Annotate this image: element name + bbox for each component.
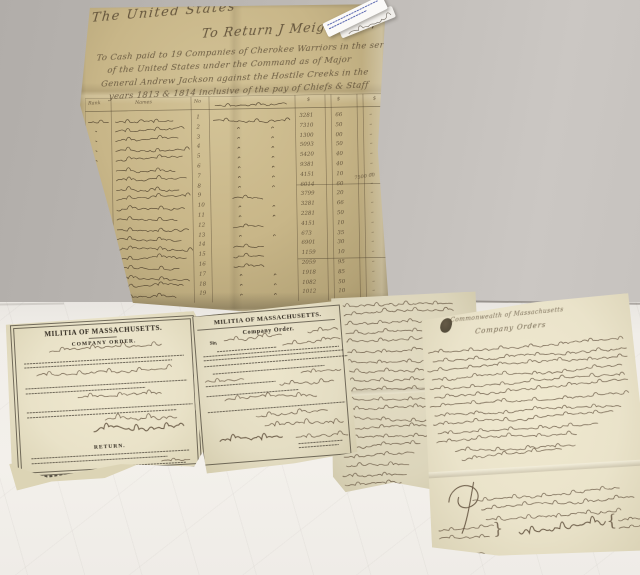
table-cell-text: 11	[198, 212, 205, 218]
table-cell-text: 7310	[299, 122, 313, 128]
handwriting-line	[97, 190, 98, 191]
handwriting-line	[98, 268, 99, 269]
table-rule	[85, 106, 391, 111]
handwriting-line	[117, 205, 185, 211]
table-cell-text: –	[371, 200, 374, 206]
table-cell-text: 50	[335, 122, 342, 128]
table-cell-text: 10	[338, 249, 345, 255]
handwriting-line	[78, 389, 161, 398]
handwriting-line	[430, 371, 625, 391]
handwriting-line	[343, 432, 433, 439]
handwriting-line	[239, 216, 241, 217]
handwriting-line	[335, 299, 453, 308]
handwriting-line	[118, 264, 179, 271]
table-cell-text: 1159	[302, 250, 316, 256]
table-cell-text: 8	[197, 183, 201, 189]
table-cell-text: 60	[336, 181, 343, 187]
table-cell-text: –	[372, 259, 375, 265]
table-rule	[363, 94, 367, 300]
signature-brace-right: }	[492, 518, 503, 538]
table-rule	[325, 94, 329, 300]
handwriting-line	[117, 227, 188, 233]
handwriting-line	[118, 245, 193, 253]
table-cell-text: 3799	[301, 191, 315, 197]
table-cell-text: 00	[336, 132, 343, 138]
table-cell-text: 3281	[299, 112, 313, 118]
handwriting-line	[280, 377, 334, 386]
handwriting-line	[256, 407, 328, 418]
table-cell-text: 1012	[302, 289, 316, 295]
table-cell-text: 50	[337, 210, 344, 216]
handwriting-line	[238, 176, 240, 177]
handwriting-line	[481, 494, 634, 511]
table-cell-text: 6901	[301, 240, 315, 246]
handwriting-line	[239, 206, 241, 207]
table-cell-text: 40	[336, 161, 343, 167]
handwriting-line	[436, 428, 576, 444]
handwriting-line	[272, 166, 274, 167]
table-cell-text: 2	[196, 124, 200, 130]
table-cell-text: 3281	[301, 201, 315, 207]
handwriting-line	[37, 364, 172, 377]
handwriting-line	[98, 278, 99, 279]
table-cell-text: 95	[338, 259, 345, 265]
handwriting-line	[272, 146, 274, 147]
table-cell-text: $	[373, 96, 376, 101]
form-center-handwriting	[188, 300, 358, 474]
handwriting-line	[97, 239, 98, 240]
table-cell-text: –	[372, 278, 375, 284]
table-cell-text: 4151	[301, 220, 315, 226]
table-cell-text: 10	[338, 288, 345, 294]
table-rule	[209, 96, 213, 302]
handwriting-line	[462, 446, 562, 460]
table-cell-text: $	[307, 98, 310, 103]
table-rule	[389, 93, 393, 299]
handwriting-line	[117, 236, 181, 243]
table-cell-text: 19	[199, 291, 206, 297]
handwriting-line	[273, 215, 275, 216]
handwriting-line	[220, 431, 283, 443]
handwriting-line	[282, 336, 340, 345]
table-cell-text: 5420	[300, 152, 314, 158]
handwriting-line	[239, 186, 241, 187]
table-cell-text: 6014	[300, 181, 314, 187]
handwriting-line	[116, 154, 182, 161]
handwriting-line	[224, 332, 282, 342]
handwriting-line	[49, 340, 161, 352]
handwriting-line	[215, 102, 286, 106]
handwriting-line	[273, 186, 275, 187]
handwritten-letter-document: Commonwealth of Massachusetts Company Or…	[415, 293, 640, 566]
handwriting-line	[238, 147, 240, 148]
ledger-table-rules	[85, 93, 395, 306]
handwriting-line	[296, 430, 348, 439]
handwriting-line	[225, 389, 317, 404]
table-cell-text: 6	[197, 164, 201, 170]
table-cell-text: 85	[338, 269, 345, 275]
handwriting-line	[117, 186, 179, 193]
handwriting-line	[430, 390, 629, 409]
table-cell-text: 4151	[300, 171, 314, 177]
handwriting-line	[162, 457, 190, 461]
handwriting-line	[205, 376, 244, 383]
table-cell-text: 10	[336, 171, 343, 177]
table-cell-text: 5	[197, 154, 201, 160]
handwriting-line	[238, 157, 240, 158]
handwriting-line	[237, 127, 239, 128]
handwriting-line	[116, 175, 186, 181]
table-cell-text: –	[371, 229, 374, 235]
handwriting-line	[240, 294, 242, 295]
handwriting-line	[619, 524, 640, 529]
handwriting-line	[117, 216, 177, 222]
handwriting-line	[115, 126, 184, 132]
handwriting-line	[428, 336, 623, 355]
table-cell-text: Rank	[88, 101, 101, 106]
table-cell-text: 1300	[300, 132, 314, 138]
handwriting-line	[116, 146, 190, 153]
handwriting-line	[213, 117, 290, 124]
handwriting-line	[272, 137, 274, 138]
handwriting-line	[265, 416, 344, 429]
table-cell-text: 35	[337, 230, 344, 236]
handwriting-line	[301, 367, 341, 374]
handwriting-line	[238, 137, 240, 138]
handwriting-line	[272, 156, 274, 157]
table-cell-text: 5093	[300, 142, 314, 148]
table-cell-text: $	[337, 97, 340, 102]
handwriting-line	[96, 151, 97, 152]
handwriting-line	[427, 353, 627, 373]
table-cell-text: –	[370, 161, 373, 167]
table-cell-text: –	[372, 268, 375, 274]
handwriting-line	[239, 235, 241, 236]
photo-scene: The United States To Return J Meigs Dr T…	[0, 0, 640, 575]
table-cell-text: 20	[337, 190, 344, 196]
handwriting-line	[233, 224, 263, 228]
handwriting-line	[96, 170, 97, 171]
handwriting-line	[118, 253, 187, 260]
table-rule	[85, 99, 89, 305]
handwriting-line	[115, 119, 173, 123]
table-cell-text: 673	[301, 230, 312, 236]
table-cell-text: –	[369, 121, 372, 127]
handwriting-line	[97, 219, 98, 220]
handwriting-line	[105, 411, 177, 423]
table-cell-text: 1082	[302, 279, 316, 285]
flourish-initial	[448, 482, 481, 534]
handwriting-line	[274, 274, 276, 275]
handwriting-line	[97, 200, 98, 201]
handwriting-line	[98, 298, 99, 299]
table-cell-text: 13	[198, 232, 205, 238]
handwriting-line	[234, 244, 264, 248]
handwriting-line	[273, 235, 275, 236]
table-cell-text: –	[370, 141, 373, 147]
table-cell-text: 10	[337, 220, 344, 226]
handwriting-line	[238, 167, 240, 168]
handwriting-line	[88, 120, 108, 123]
table-cell-text: –	[371, 239, 374, 245]
handwriting-line	[240, 274, 242, 275]
table-cell-text: 15	[199, 252, 206, 258]
handwriting-line	[116, 135, 178, 142]
table-cell-text: –	[370, 131, 373, 137]
table-cell-text: 10	[198, 203, 205, 209]
table-cell-text: Names	[135, 100, 152, 106]
table-cell-text: –	[372, 288, 375, 294]
handwriting-line	[434, 377, 628, 398]
table-cell-text: 7	[197, 173, 201, 179]
table-cell-text: –	[371, 210, 374, 216]
handwriting-line	[96, 161, 97, 162]
table-cell-text: 30	[337, 239, 344, 245]
handwriting-line	[118, 281, 183, 289]
handwriting-line	[97, 210, 98, 211]
table-rule	[191, 97, 195, 303]
handwriting-line	[439, 524, 494, 531]
handwriting-line	[308, 326, 338, 333]
ledger-pay-table: RankNamesNo$$$1328166–2731050–3130000–45…	[85, 93, 395, 306]
handwriting-line	[272, 176, 274, 177]
handwriting-line	[274, 293, 276, 294]
handwriting-line	[518, 515, 605, 534]
handwriting-line	[96, 131, 97, 132]
table-cell-text: 50	[336, 141, 343, 147]
table-cell-text: 4	[197, 144, 201, 150]
handwriting-line	[94, 419, 184, 434]
handwriting-line	[472, 485, 619, 502]
ledger-payee: To Return J Meigs	[201, 19, 334, 41]
handwriting-line	[343, 471, 407, 477]
handwriting-line	[97, 229, 98, 230]
table-cell-text: –	[371, 219, 374, 225]
handwriting-line	[116, 167, 175, 173]
handwriting-line	[433, 345, 627, 364]
table-cell-text: 9	[198, 193, 202, 199]
table-cell-text: 66	[337, 200, 344, 206]
handwriting-line	[438, 420, 598, 436]
ledger-title: The United States	[91, 0, 237, 26]
table-cell-text: 14	[198, 242, 205, 248]
handwriting-line	[98, 288, 99, 289]
table-cell-text: 3	[197, 134, 201, 140]
table-cell-text: 50	[338, 279, 345, 285]
table-cell-text: No	[194, 100, 201, 105]
handwriting-line	[341, 306, 453, 316]
table-cell-text: –	[369, 112, 372, 118]
handwriting-line	[240, 284, 242, 285]
table-cell-text: –	[370, 151, 373, 157]
handwriting-line	[273, 205, 275, 206]
handwriting-line	[346, 461, 408, 467]
table-rule	[111, 98, 115, 304]
form-left-handwriting	[4, 311, 211, 482]
handwriting-line	[98, 249, 99, 250]
table-cell-text: 9381	[300, 161, 314, 167]
handwriting-line	[432, 363, 622, 382]
signature-brace-left: {	[606, 510, 617, 530]
table-cell-text: 2059	[302, 259, 316, 265]
table-cell-text: –	[372, 249, 375, 255]
table-cell-text: 40	[336, 151, 343, 157]
handwriting-line	[98, 259, 99, 260]
handwriting-line	[234, 253, 264, 258]
handwriting-line	[439, 533, 489, 541]
table-cell-text: 2281	[301, 210, 315, 216]
handwriting-line	[118, 274, 190, 282]
handwriting-line	[117, 193, 191, 201]
handwriting-line	[233, 195, 263, 200]
militia-form-center: MILITIA OF MASSACHUSETTS. Company Order.…	[188, 300, 358, 474]
table-cell-text: 18	[199, 281, 206, 287]
handwriting-line	[96, 180, 97, 181]
table-cell-text: –	[371, 190, 374, 196]
militia-form-left: MILITIA OF MASSACHUSETTS. COMPANY ORDER.…	[4, 311, 211, 482]
table-rule	[357, 94, 361, 300]
table-cell-text: 66	[335, 112, 342, 118]
table-cell-text: 1918	[302, 269, 316, 275]
table-rule	[295, 95, 299, 301]
table-cell-text: –	[370, 180, 373, 186]
handwriting-line	[234, 263, 264, 267]
handwriting-line	[271, 127, 273, 128]
table-rule	[331, 94, 335, 300]
handwriting-line	[274, 284, 276, 285]
handwriting-line	[118, 293, 176, 299]
handwriting-line	[486, 508, 621, 522]
table-cell-text: 16	[199, 261, 206, 267]
table-cell-text: 12	[198, 222, 205, 228]
handwriting-line	[455, 440, 575, 455]
handwriting-line	[96, 141, 97, 142]
table-cell-text: 1	[196, 115, 200, 121]
handwriting-line	[618, 516, 640, 521]
table-cell-text: 17	[199, 271, 206, 277]
